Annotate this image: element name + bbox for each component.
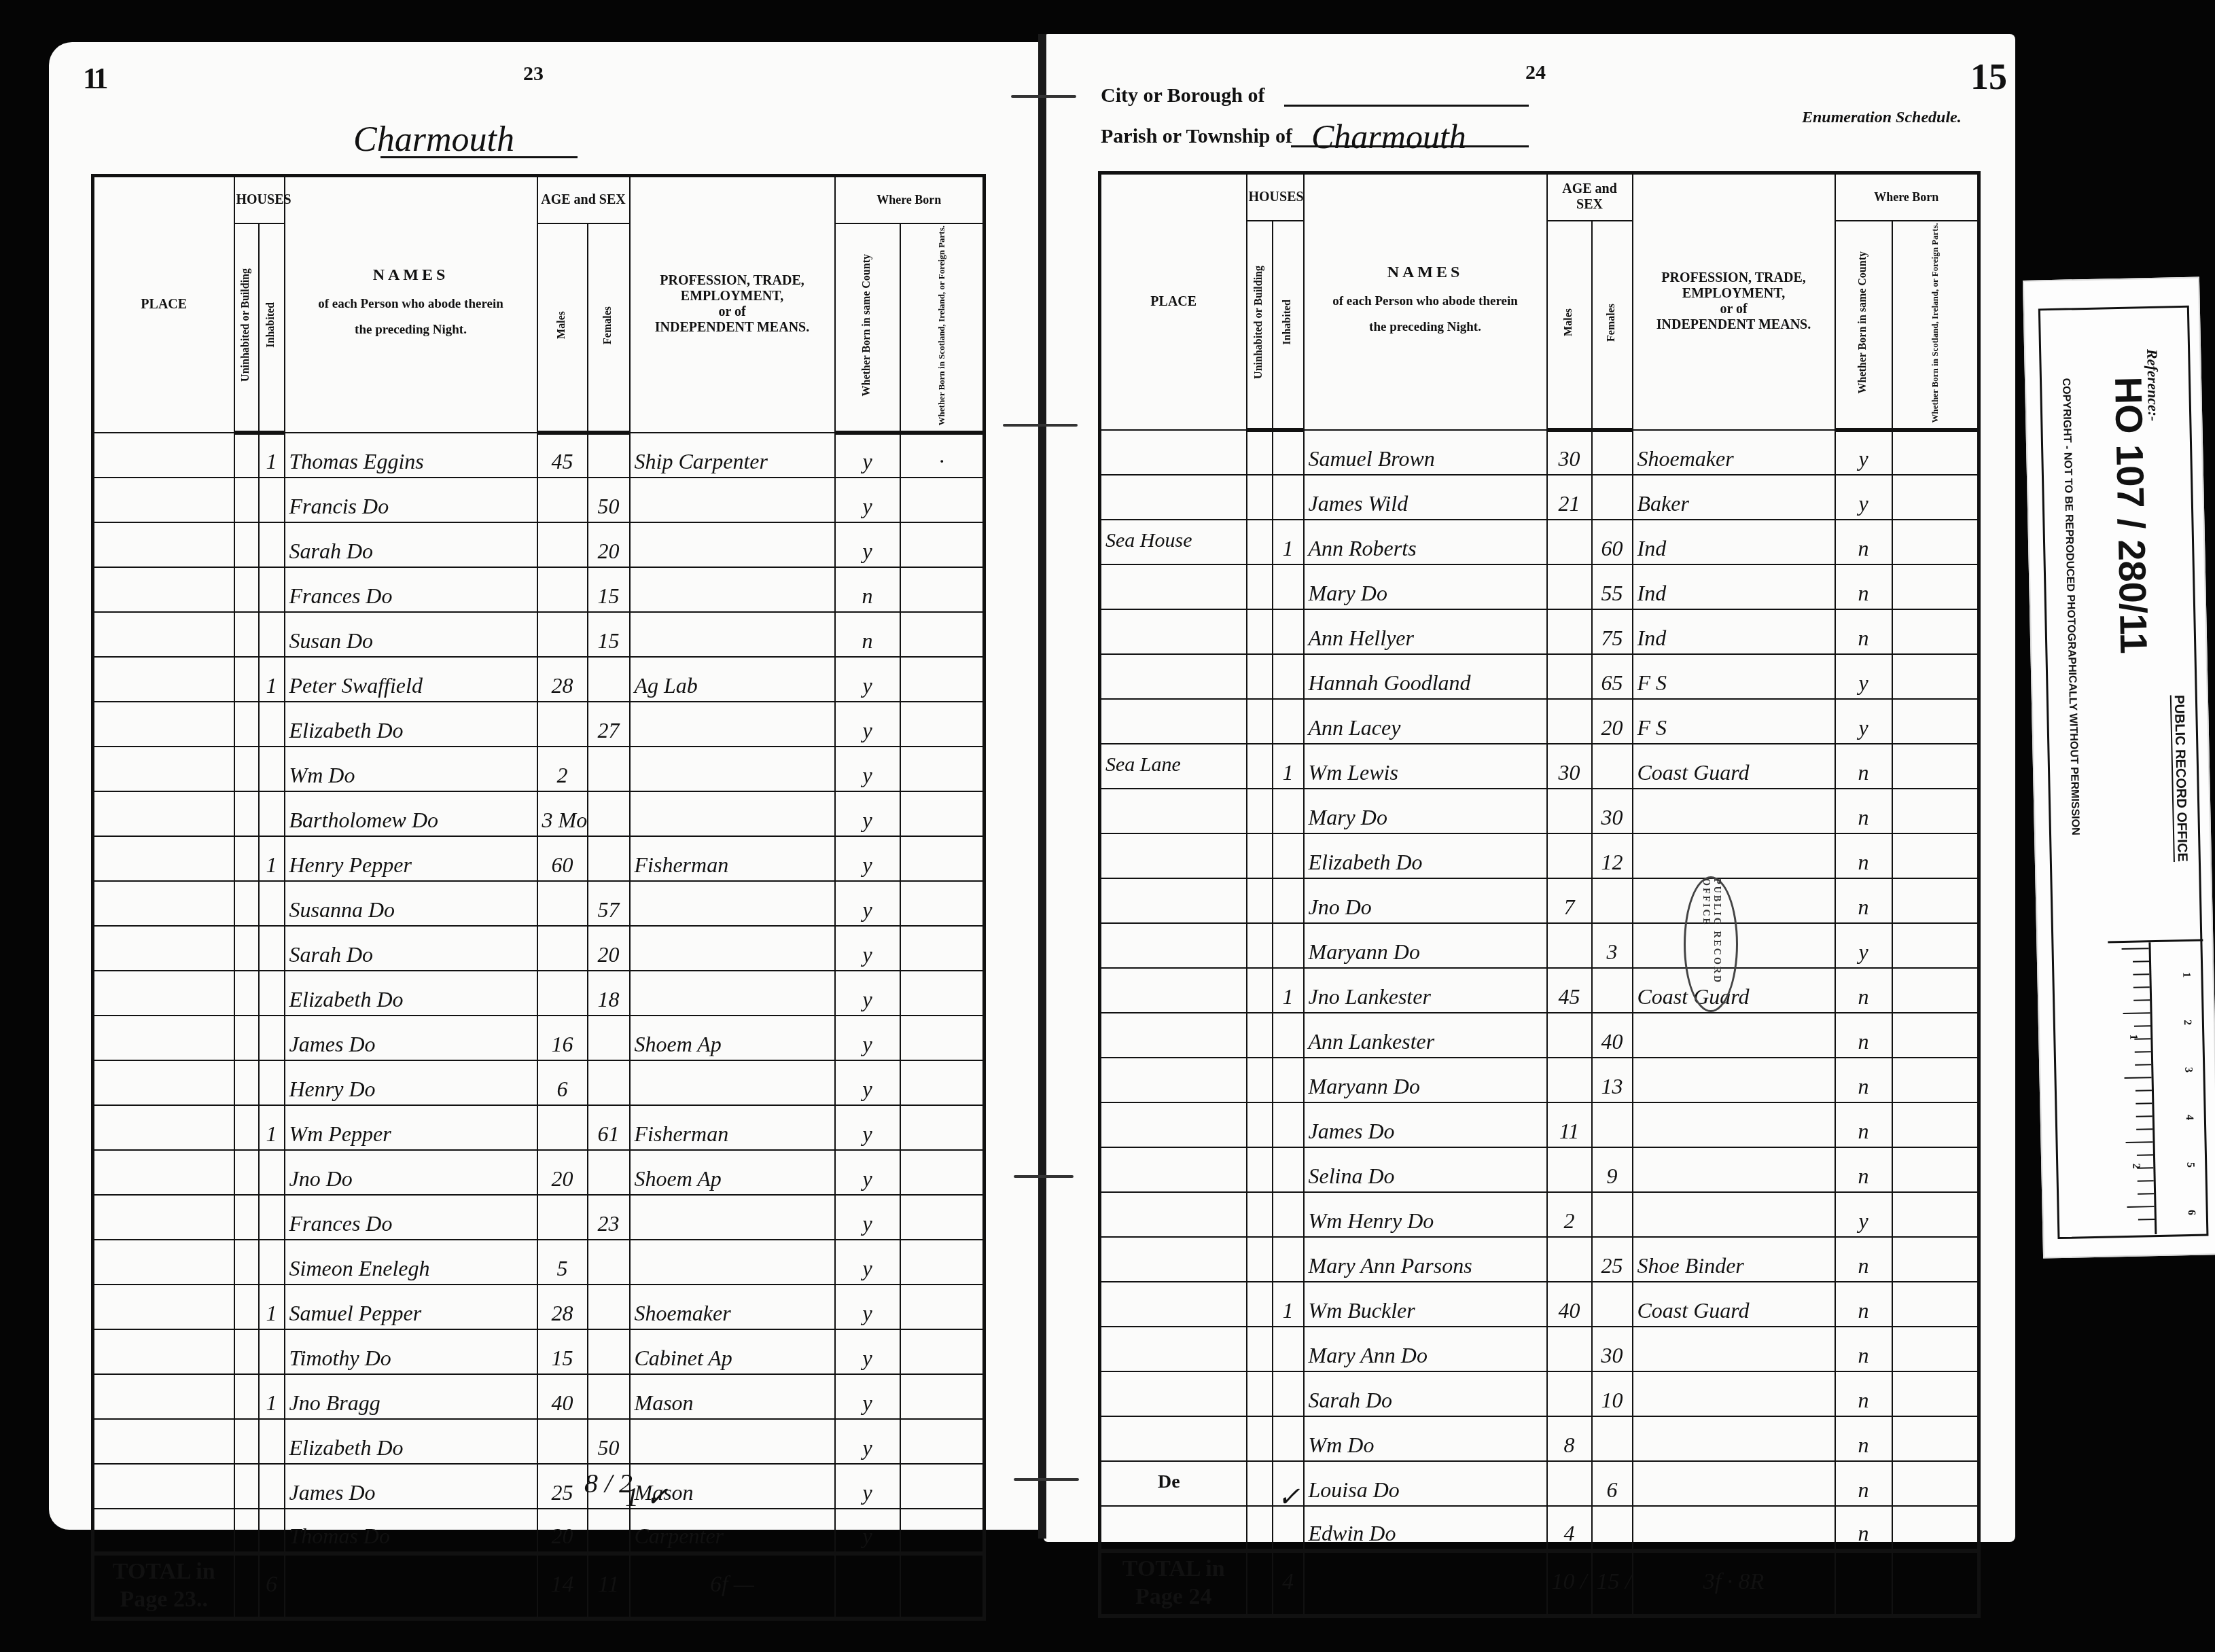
born-same-county-cell: n [1835,1058,1892,1102]
born-same-county-cell: n [1835,968,1892,1013]
total-born-same [835,1554,900,1619]
female-age-cell [588,1150,630,1195]
male-age-cell [537,522,588,567]
uninhabited-cell [1247,1416,1273,1461]
place-cell [1100,475,1247,520]
table-row: Wm Do2y [93,747,985,791]
ruler-tick [2133,973,2149,975]
born-elsewhere-cell [1892,564,1979,609]
table-row: 1Henry Pepper60Fishermany [93,836,985,881]
place-cell [93,657,234,702]
born-elsewhere-cell [900,522,985,567]
name-cell: Jno Lankester [1304,968,1547,1013]
born-elsewhere-cell [900,1464,985,1509]
inhabited-cell [1273,1327,1304,1371]
uninhabited-label: Uninhabited or Building [1254,266,1265,379]
page-number-right: 24 [1525,61,1546,84]
col-profession: PROFESSION, TRADE, EMPLOYMENT, or of IND… [1633,173,1835,430]
male-age-cell [1547,1327,1592,1371]
names-sub2: the preceding Night. [287,317,535,343]
total-uninhabited [1247,1551,1273,1616]
born-same-county-cell: y [835,791,900,836]
col-born-elsewhere: Whether Born in Scotland, Ireland, or Fo… [1892,221,1979,430]
born-elsewhere-cell [900,791,985,836]
born-same-county-cell: y [1835,654,1892,699]
name-cell: Wm Do [285,747,537,791]
born-elsewhere-cell: · [900,433,985,478]
uninhabited-cell [234,926,259,971]
male-age-cell: 16 [537,1016,588,1060]
profession-cell [630,1419,835,1464]
total-label-line2: Page 23.. [94,1586,234,1614]
name-cell: Mary Ann Do [1304,1327,1547,1371]
born-same-county-cell: y [835,478,900,522]
female-age-cell [1592,878,1633,923]
males-label: Males [556,311,568,339]
uninhabited-cell [1247,1058,1273,1102]
name-cell: Wm Pepper [285,1105,537,1150]
inhabited-cell [1273,1102,1304,1147]
profession-cell: F S [1633,654,1835,699]
uninhabited-cell [234,791,259,836]
ruler-tick [2138,1180,2154,1182]
male-age-cell [537,1195,588,1240]
place-cell [1100,1282,1247,1327]
total-label-line1: TOTAL in [1101,1556,1246,1583]
born-elsewhere-cell [900,612,985,657]
uninhabited-cell [1247,878,1273,923]
profession-cell [1633,1416,1835,1461]
place-cell [93,836,234,881]
profession-cell: Shoemaker [630,1285,835,1329]
name-cell: Maryann Do [1304,923,1547,968]
inhabited-cell [1273,1147,1304,1192]
female-age-cell: 30 [1592,789,1633,833]
profession-cell: Baker [1633,475,1835,520]
born-same-county-cell: y [1835,699,1892,744]
name-cell: Elizabeth Do [285,702,537,747]
total-born-elsewhere [1892,1551,1979,1616]
male-age-cell: 28 [537,657,588,702]
name-cell: Ann Lankester [1304,1013,1547,1058]
inhabited-cell: 1 [1273,1282,1304,1327]
place-cell [1100,1147,1247,1192]
uninhabited-cell [234,522,259,567]
name-cell: Edwin Do [1304,1506,1547,1551]
born-elsewhere-cell [900,702,985,747]
total-uninhabited [234,1554,259,1619]
inhabited-cell [1273,609,1304,654]
name-cell: Maryann Do [1304,1058,1547,1102]
inhabited-cell [1273,1192,1304,1237]
born-elsewhere-cell [900,881,985,926]
uninhabited-cell [234,1374,259,1419]
female-age-cell [588,1329,630,1374]
table-row: Henry Do6y [93,1060,985,1105]
born-same-county-cell: n [1835,1237,1892,1282]
uninhabited-cell [1247,833,1273,878]
page-number-left: 23 [523,62,544,86]
born-elsewhere-cell [900,971,985,1016]
table-row: 1Wm Pepper61Fishermany [93,1105,985,1150]
inhabited-cell [1273,1371,1304,1416]
name-cell: Jno Do [285,1150,537,1195]
female-age-cell: 50 [588,1419,630,1464]
female-age-cell: 6 [1592,1461,1633,1506]
col-males: Males [537,223,588,433]
uninhabited-cell [1247,699,1273,744]
male-age-cell: 11 [1547,1102,1592,1147]
born-same-county-cell: y [835,971,900,1016]
female-age-cell: 75 [1592,609,1633,654]
profession-line1: PROFESSION, TRADE, [632,273,833,289]
male-age-cell: 45 [1547,968,1592,1013]
born-elsewhere-cell [1892,609,1979,654]
born-elsewhere-cell [1892,1416,1979,1461]
born-elsewhere-cell [1892,520,1979,564]
female-age-cell: 25 [1592,1237,1633,1282]
born-elsewhere-label: Whether Born in Scotland, Ireland, or Fo… [1930,223,1940,423]
born-same-county-cell: y [835,1419,900,1464]
born-same-county-cell: n [1835,1013,1892,1058]
ruler-divider [2148,942,2157,1234]
born-elsewhere-cell [1892,1327,1979,1371]
male-age-cell: 30 [1547,430,1592,475]
col-where-born: Where Born [835,176,985,223]
inhabited-cell: 1 [259,1374,285,1419]
ruler-tick [2136,1128,2152,1130]
born-elsewhere-label: Whether Born in Scotland, Ireland, or Fo… [937,226,946,425]
female-age-cell [588,836,630,881]
inhabited-cell [1273,789,1304,833]
inhabited-cell [1273,1416,1304,1461]
female-age-cell [588,1016,630,1060]
city-field [1284,105,1529,107]
born-elsewhere-cell [1892,1013,1979,1058]
name-cell: Samuel Pepper [285,1285,537,1329]
ruler-cm-label: 4 [2183,1115,2195,1120]
female-age-cell [588,1374,630,1419]
table-row: Maryann Do3y [1100,923,1979,968]
ruler-tick [2136,1090,2152,1092]
born-same-county-cell: n [1835,520,1892,564]
born-same-county-cell: n [1835,1102,1892,1147]
male-age-cell [537,926,588,971]
male-age-cell: 60 [537,836,588,881]
place-cell [1100,833,1247,878]
census-table-left: PLACE HOUSES NAMES of each Person who ab… [91,174,986,1621]
born-elsewhere-cell [900,747,985,791]
female-age-cell: 30 [1592,1327,1633,1371]
profession-cell [1633,789,1835,833]
table-row: Susanna Do57y [93,881,985,926]
born-same-county-cell: n [1835,609,1892,654]
uninhabited-cell [234,1464,259,1509]
male-age-cell: 2 [537,747,588,791]
place-cell [93,1016,234,1060]
inhabited-cell [259,971,285,1016]
names-sub1: of each Person who abode therein [287,291,535,317]
female-age-cell [588,1060,630,1105]
total-label: TOTAL inPage 24 [1100,1551,1247,1616]
female-age-cell: 12 [1592,833,1633,878]
total-males: 14 [537,1554,588,1619]
profession-cell [630,791,835,836]
book-spine [1038,34,1046,1539]
name-cell: Wm Henry Do [1304,1192,1547,1237]
inhabited-cell [1273,1013,1304,1058]
female-age-cell: 15 [588,567,630,612]
born-elsewhere-cell [900,1195,985,1240]
female-age-cell [588,1509,630,1554]
born-same-county-cell: y [835,1105,900,1150]
male-age-cell: 21 [1547,475,1592,520]
profession-cell: Ind [1633,564,1835,609]
female-age-cell [588,1285,630,1329]
uninhabited-cell [1247,789,1273,833]
name-cell: Hannah Goodland [1304,654,1547,699]
table-row: Hannah Goodland65F Sy [1100,654,1979,699]
name-cell: Ann Hellyer [1304,609,1547,654]
table-row: 1Peter Swaffield28Ag Laby [93,657,985,702]
total-label-line2: Page 24 [1101,1583,1246,1611]
name-cell: Elizabeth Do [1304,833,1547,878]
male-age-cell [1547,1371,1592,1416]
born-same-county-cell: y [835,1016,900,1060]
female-age-cell: 20 [588,926,630,971]
uninhabited-cell [1247,1327,1273,1371]
inhabited-cell [259,747,285,791]
profession-cell: F S [1633,699,1835,744]
profession-cell [1633,1058,1835,1102]
table-row: 1Wm Buckler40Coast Guardn [1100,1282,1979,1327]
ruler-tick [2136,1102,2152,1105]
table-row: Mary Do55Indn [1100,564,1979,609]
place-cell [93,478,234,522]
male-age-cell [1547,1147,1592,1192]
female-age-cell [1592,1416,1633,1461]
place-cell [1100,1371,1247,1416]
born-same-county-cell: n [1835,789,1892,833]
born-same-county-cell: y [835,1464,900,1509]
table-row: James Do11n [1100,1102,1979,1147]
right-total-note: De [1158,1471,1180,1493]
inhabited-cell [259,1195,285,1240]
uninhabited-cell [1247,1461,1273,1506]
male-age-cell: 30 [1547,744,1592,789]
name-cell: Sarah Do [1304,1371,1547,1416]
inhabited-cell [1273,564,1304,609]
male-age-cell: 28 [537,1285,588,1329]
table-row: Thomas Do20Carpentery [93,1509,985,1554]
male-age-cell [1547,654,1592,699]
total-row: TOTAL inPage 23..614116f — [93,1554,985,1619]
table-row: Sarah Do20y [93,926,985,971]
female-age-cell: 65 [1592,654,1633,699]
col-inhabited: Inhabited [1273,221,1304,430]
born-same-county-cell: n [1835,1147,1892,1192]
inhabited-cell [259,1240,285,1285]
born-elsewhere-cell [900,1105,985,1150]
profession-cell [1633,1327,1835,1371]
binding-thread [1014,1175,1074,1178]
male-age-cell [1547,789,1592,833]
born-same-county-cell: y [1835,475,1892,520]
born-same-county-cell: y [835,702,900,747]
place-cell [1100,430,1247,475]
inhabited-cell [259,1016,285,1060]
profession-cell [1633,1147,1835,1192]
born-same-county-cell: n [1835,1506,1892,1551]
uninhabited-cell [234,1105,259,1150]
scale-ruler: 12345612 [2108,939,2209,1234]
table-row: Sarah Do10n [1100,1371,1979,1416]
female-age-cell [1592,1192,1633,1237]
born-same-county-cell: y [835,1329,900,1374]
place-cell [93,1105,234,1150]
inhabited-cell [259,1419,285,1464]
male-age-cell [1547,520,1592,564]
names-sub2: the preceding Night. [1306,315,1545,340]
born-elsewhere-cell [900,1329,985,1374]
total-row: TOTAL inPage 24410 / 515 / 63f · 8R [1100,1551,1979,1616]
col-born-elsewhere: Whether Born in Scotland, Ireland, or Fo… [900,223,985,433]
ruler-tick [2137,1154,2153,1156]
female-age-cell [1592,475,1633,520]
place-cell [93,433,234,478]
born-same-county-cell: n [1835,744,1892,789]
left-total-note-females: 1 ✓ [625,1481,669,1513]
profession-cell [630,478,835,522]
born-elsewhere-cell [900,926,985,971]
table-row: Bartholomew Do3 Monthsy [93,791,985,836]
name-cell: Wm Lewis [1304,744,1547,789]
female-age-cell [1592,430,1633,475]
uninhabited-cell [234,1150,259,1195]
born-elsewhere-cell [900,657,985,702]
place-cell: Sea Lane [1100,744,1247,789]
name-cell: Mary Ann Parsons [1304,1237,1547,1282]
male-age-cell [1547,1013,1592,1058]
born-elsewhere-cell [1892,1058,1979,1102]
uninhabited-cell [234,612,259,657]
female-age-cell [588,791,630,836]
female-age-cell: 20 [588,522,630,567]
name-cell: James Wild [1304,475,1547,520]
table-row: Ann Lankester40n [1100,1013,1979,1058]
place-cell [93,1464,234,1509]
uninhabited-cell [1247,430,1273,475]
uninhabited-cell [234,478,259,522]
table-row: Mary Ann Do30n [1100,1327,1979,1371]
place-cell [93,1240,234,1285]
male-age-cell: 4 [1547,1506,1592,1551]
inhabited-cell: 1 [1273,968,1304,1013]
ruler-tick [2127,1206,2155,1208]
col-houses: HOUSES [1247,173,1304,221]
female-age-cell: 27 [588,702,630,747]
born-same-county-cell: n [1835,1416,1892,1461]
profession-cell: Ind [1633,520,1835,564]
ruler-inch-label: 1 [2127,1035,2139,1040]
total-names [1304,1551,1547,1616]
profession-cell [1633,1461,1835,1506]
stamp-text: PUBLIC RECORD OFFICE [1700,878,1722,1010]
table-row: James Do25Masony [93,1464,985,1509]
profession-cell [1633,1506,1835,1551]
name-cell: Peter Swaffield [285,657,537,702]
female-age-cell: 18 [588,971,630,1016]
born-elsewhere-cell [900,1150,985,1195]
table-row: James Wild21Bakery [1100,475,1979,520]
total-names [285,1554,537,1619]
born-same-county-cell: y [835,747,900,791]
uninhabited-cell [234,1240,259,1285]
born-elsewhere-cell [1892,789,1979,833]
female-age-cell [588,1240,630,1285]
inhabited-cell: 1 [259,836,285,881]
male-age-cell [1547,1461,1592,1506]
born-same-county-cell: y [835,1195,900,1240]
born-elsewhere-cell [1892,1282,1979,1327]
total-houses: 4 [1273,1551,1304,1616]
name-cell: Henry Pepper [285,836,537,881]
born-same-county-cell: n [835,612,900,657]
born-elsewhere-cell [1892,430,1979,475]
profession-cell [630,881,835,926]
born-elsewhere-cell [1892,968,1979,1013]
table-row: Elizabeth Do18y [93,971,985,1016]
born-elsewhere-cell [1892,1461,1979,1506]
place-cell [93,1329,234,1374]
place-cell [93,1195,234,1240]
male-age-cell: 40 [1547,1282,1592,1327]
place-cell [1100,789,1247,833]
name-cell: James Do [1304,1102,1547,1147]
female-age-cell: 15 [588,612,630,657]
uninhabited-cell [234,702,259,747]
uninhabited-cell [1247,1013,1273,1058]
inhabited-cell [259,612,285,657]
female-age-cell: 10 [1592,1371,1633,1416]
table-row: Mary Ann Parsons25Shoe Bindern [1100,1237,1979,1282]
female-age-cell [1592,1506,1633,1551]
folio-number: 15 [1970,56,2007,98]
reference-slip-frame: Reference:- HO 107 / 280/11 PUBLIC RECOR… [2038,306,2209,1239]
record-office-label: PUBLIC RECORD OFFICE [2171,695,2190,862]
born-same-county-cell: y [835,1240,900,1285]
ruler-tick [2125,1077,2152,1079]
born-same-county-cell: n [1835,564,1892,609]
male-age-cell [1547,1058,1592,1102]
male-age-cell: 6 [537,1060,588,1105]
born-elsewhere-cell [900,1509,985,1554]
table-row: Timothy Do15Cabinet Apy [93,1329,985,1374]
uninhabited-cell [1247,654,1273,699]
inhabited-label: Inhabited [1282,300,1294,345]
female-age-cell [588,747,630,791]
place-cell [1100,1013,1247,1058]
name-cell: Timothy Do [285,1329,537,1374]
inhabited-cell [1273,878,1304,923]
names-title: NAMES [1306,264,1545,283]
uninhabited-cell [1247,1282,1273,1327]
profession-cell: Fisherman [630,836,835,881]
born-same-county-cell: y [835,522,900,567]
born-same-county-cell: y [835,1150,900,1195]
name-cell: Thomas Do [285,1509,537,1554]
born-elsewhere-cell [1892,1102,1979,1147]
